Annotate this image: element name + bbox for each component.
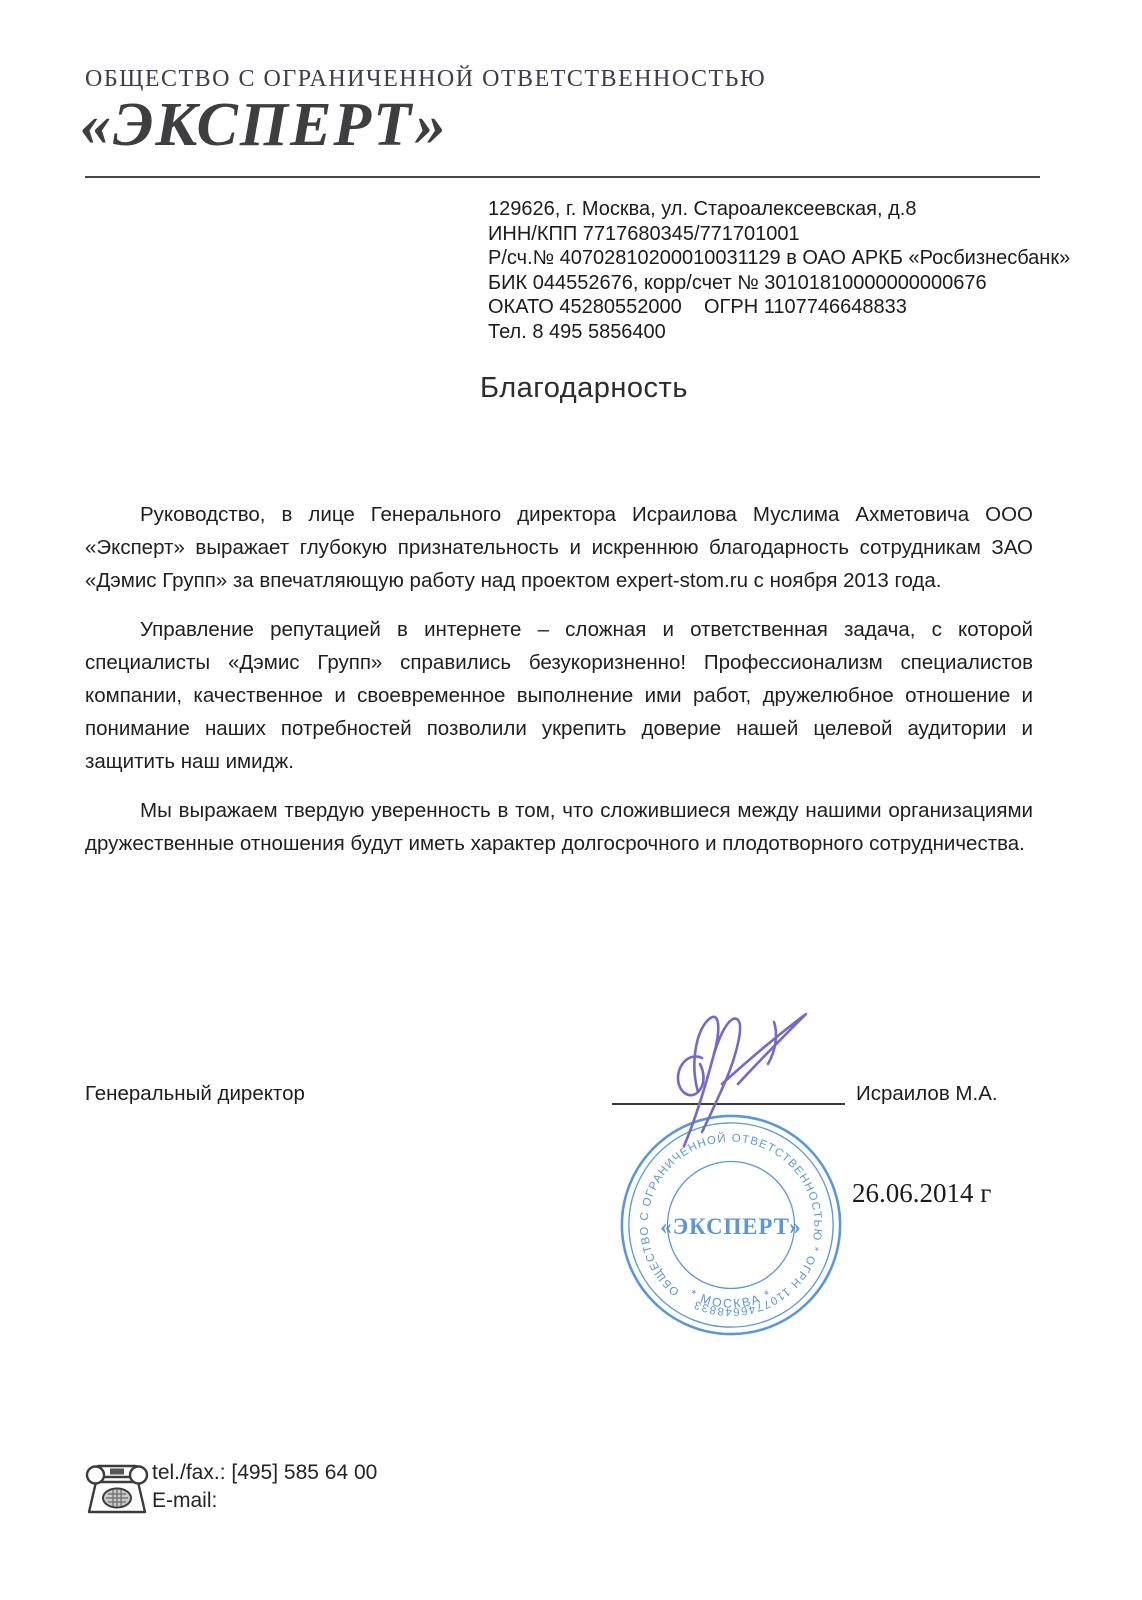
signature-sweep (722, 1014, 806, 1084)
footer-telfax: tel./fax.: [495] 585 64 00 (152, 1461, 377, 1485)
stamp-center-text: «ЭКСПЕРТ» (660, 1214, 801, 1239)
paragraph-2: Управление репутацией в интернете – слож… (85, 613, 1033, 778)
telephone-icon (84, 1460, 150, 1518)
letter-body: Руководство, в лице Генерального директо… (85, 498, 1033, 876)
requisite-address: 129626, г. Москва, ул. Староалексеевская… (488, 197, 1070, 222)
signature-tall-loop-1 (684, 1017, 718, 1146)
requisite-inn-kpp: ИНН/КПП 7717680345/771701001 (488, 222, 1070, 247)
signer-name: Исраилов М.А. (856, 1082, 998, 1106)
telephone-ear-right (130, 1467, 147, 1484)
document-date: 26.06.2014 г (852, 1178, 991, 1209)
paragraph-1: Руководство, в лице Генерального директо… (85, 498, 1033, 597)
document-title: Благодарность (0, 372, 1142, 405)
company-requisites: 129626, г. Москва, ул. Староалексеевская… (488, 197, 1070, 345)
requisite-okato-ogrn: ОКАТО 45280552000 ОГРН 1107746648833 (488, 295, 1070, 320)
footer-email: E-mail: (152, 1489, 217, 1513)
organization-name: «ЭКСПЕРТ» (80, 90, 448, 161)
signer-role: Генеральный директор (85, 1082, 305, 1106)
telephone-handset-notch (110, 1469, 124, 1475)
telephone-ear-left (87, 1467, 104, 1484)
handwritten-signature (598, 980, 838, 1158)
requisite-bik: БИК 044552676, корр/счет № 3010181000000… (488, 271, 1070, 296)
organization-type: ОБЩЕСТВО С ОГРАНИЧЕННОЙ ОТВЕТСТВЕННОСТЬЮ (85, 66, 766, 93)
requisite-phone: Тел. 8 495 5856400 (488, 320, 1070, 345)
requisite-account: Р/сч.№ 40702810200010031129 в ОАО АРКБ «… (488, 246, 1070, 271)
letter-page: ОБЩЕСТВО С ОГРАНИЧЕННОЙ ОТВЕТСТВЕННОСТЬЮ… (0, 0, 1142, 1600)
paragraph-3: Мы выражаем твердую уверенность в том, ч… (85, 794, 1033, 860)
signature-c-loop (678, 1056, 704, 1095)
letterhead-divider (85, 176, 1040, 178)
